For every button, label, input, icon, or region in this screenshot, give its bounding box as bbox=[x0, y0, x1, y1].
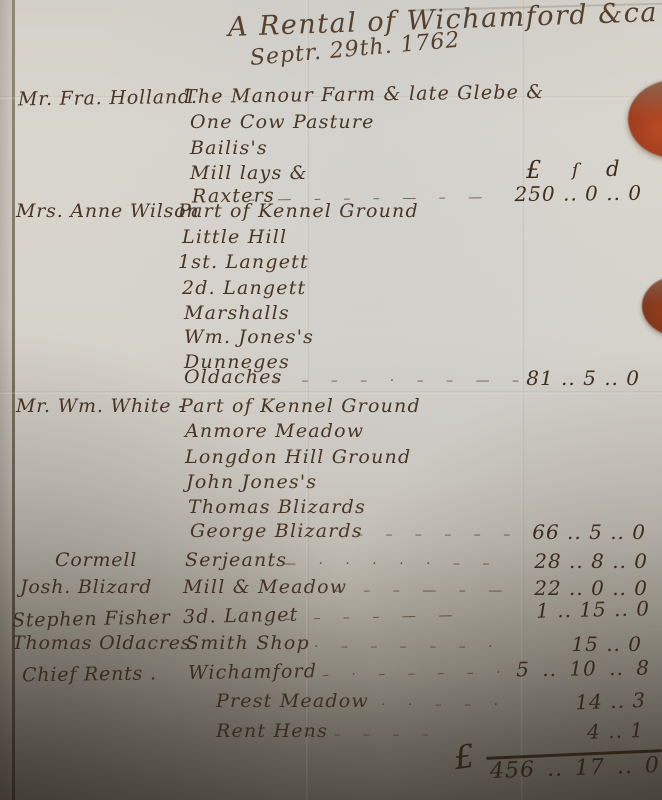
dash-leader: – – – – – · bbox=[304, 727, 460, 745]
ledger-row: Chief Rents . Wichamford – · – – – – · 5… bbox=[0, 655, 662, 690]
item-name: 3d. Langet bbox=[183, 604, 299, 628]
tenant-name: Stephen Fisher bbox=[12, 606, 171, 631]
ledger-row: Thomas Blizards bbox=[0, 496, 662, 522]
tenant-name: Chief Rents . bbox=[22, 662, 157, 686]
ledger-row: Anmore Meadow bbox=[0, 420, 662, 446]
item-name: Little Hill bbox=[182, 226, 287, 248]
item-name: Prest Meadow bbox=[216, 690, 369, 712]
amount: 81 .. 5 .. 0 bbox=[500, 366, 640, 390]
tenant-name: Mr. Fra. Holland. bbox=[18, 86, 198, 111]
item-name: George Blizards bbox=[190, 520, 363, 542]
item-name: Smith Shop bbox=[186, 632, 310, 654]
ledger-row: One Cow Pasture bbox=[0, 111, 662, 137]
ledger-row: Prest Meadow · · · – – · 14 .. 3 bbox=[0, 690, 662, 716]
item-name: Mill & Meadow bbox=[183, 576, 347, 598]
dash-leader: — · · · · · – – bbox=[282, 556, 538, 574]
item-name: The Manour Farm & late Glebe & bbox=[184, 81, 545, 108]
tenant-name: Cormell bbox=[55, 549, 137, 571]
ledger-row: Mrs. Anne Wilson Part of Kennel Ground bbox=[0, 200, 662, 226]
tenant-name: Thomas Oldacres. bbox=[12, 632, 198, 654]
item-name: Longdon Hill Ground bbox=[185, 446, 411, 468]
item-name: Anmore Meadow bbox=[185, 420, 364, 442]
item-name: Oldaches bbox=[184, 366, 283, 388]
ledger-row: Longdon Hill Ground bbox=[0, 446, 662, 472]
item-name: Bailis's bbox=[190, 137, 268, 159]
item-name: Wm. Jones's bbox=[184, 326, 314, 348]
ledger-row: Stephen Fisher 3d. Langet – – – – — — 1 … bbox=[0, 596, 662, 636]
ledger-row: Mr. Fra. Holland. The Manour Farm & late… bbox=[0, 79, 662, 114]
amount: 66 .. 5 .. 0 bbox=[506, 520, 646, 544]
amount: 28 .. 8 .. 0 bbox=[508, 549, 648, 573]
ledger-row: Little Hill bbox=[0, 226, 662, 252]
ledger-row: George Blizards – – – – – – 66 .. 5 .. 0 bbox=[0, 520, 662, 546]
tenant-name: Josh. Blizard bbox=[20, 576, 152, 598]
ledger-row: John Jones's bbox=[0, 471, 662, 497]
ledger-row: Wm. Jones's bbox=[0, 326, 662, 352]
dash-leader: · · · – – · bbox=[354, 697, 522, 715]
amount: 5 .. 10 .. 8 bbox=[500, 656, 650, 682]
item-name: 1st. Langett bbox=[178, 251, 309, 273]
ledger-row: Oldaches – – – – · – – — – 81 .. 5 .. 0 bbox=[0, 366, 662, 392]
manuscript-page: A Rental of Wichamford &ca Septr. 29th. … bbox=[0, 0, 662, 800]
amount: 14 .. 3 bbox=[526, 688, 647, 716]
item-name: Part of Kennel Ground bbox=[180, 395, 421, 417]
item-name: John Jones's bbox=[186, 471, 317, 493]
item-name: 2d. Langett bbox=[182, 277, 306, 299]
dash-leader: – – – – · – – — – bbox=[272, 373, 534, 391]
amount: 4 .. 1 bbox=[524, 718, 645, 746]
item-name: One Cow Pasture bbox=[190, 111, 375, 133]
dash-leader: – – – – — — bbox=[284, 606, 534, 629]
tenant-name: Mr. Wm. White - bbox=[16, 395, 185, 417]
ledger-row: Mr. Wm. White - Part of Kennel Ground bbox=[0, 395, 662, 421]
total-amount: 456 .. 17 .. 0 bbox=[490, 753, 661, 784]
ledger-row: Bailis's bbox=[0, 137, 662, 163]
ledger-row: Cormell Serjeants — · · · · · – – 28 .. … bbox=[0, 549, 662, 575]
ledger-row: Rent Hens – – – – – · 4 .. 1 bbox=[0, 720, 662, 746]
item-name: Serjeants bbox=[185, 549, 287, 571]
ledger-row: 1st. Langett bbox=[0, 251, 662, 277]
item-name: Wichamford bbox=[188, 660, 318, 684]
amount: 1 .. 15 .. 0 bbox=[510, 596, 650, 623]
dash-leader: · – – – – – · bbox=[314, 639, 532, 657]
ledger-row: Thomas Oldacres. Smith Shop · – – – – – … bbox=[0, 632, 662, 658]
tenant-name: Mrs. Anne Wilson bbox=[16, 200, 199, 222]
item-name: Thomas Blizards bbox=[188, 496, 366, 518]
item-name: Marshalls bbox=[184, 302, 290, 324]
ledger-row: 2d. Langett bbox=[0, 277, 662, 303]
dash-leader: – · – – – – · bbox=[322, 664, 528, 685]
amount: 15 .. 0 bbox=[502, 632, 642, 656]
item-name: Part of Kennel Ground bbox=[178, 200, 419, 222]
item-name: Mill lays & bbox=[190, 162, 308, 184]
ledger-row: Marshalls bbox=[0, 302, 662, 328]
